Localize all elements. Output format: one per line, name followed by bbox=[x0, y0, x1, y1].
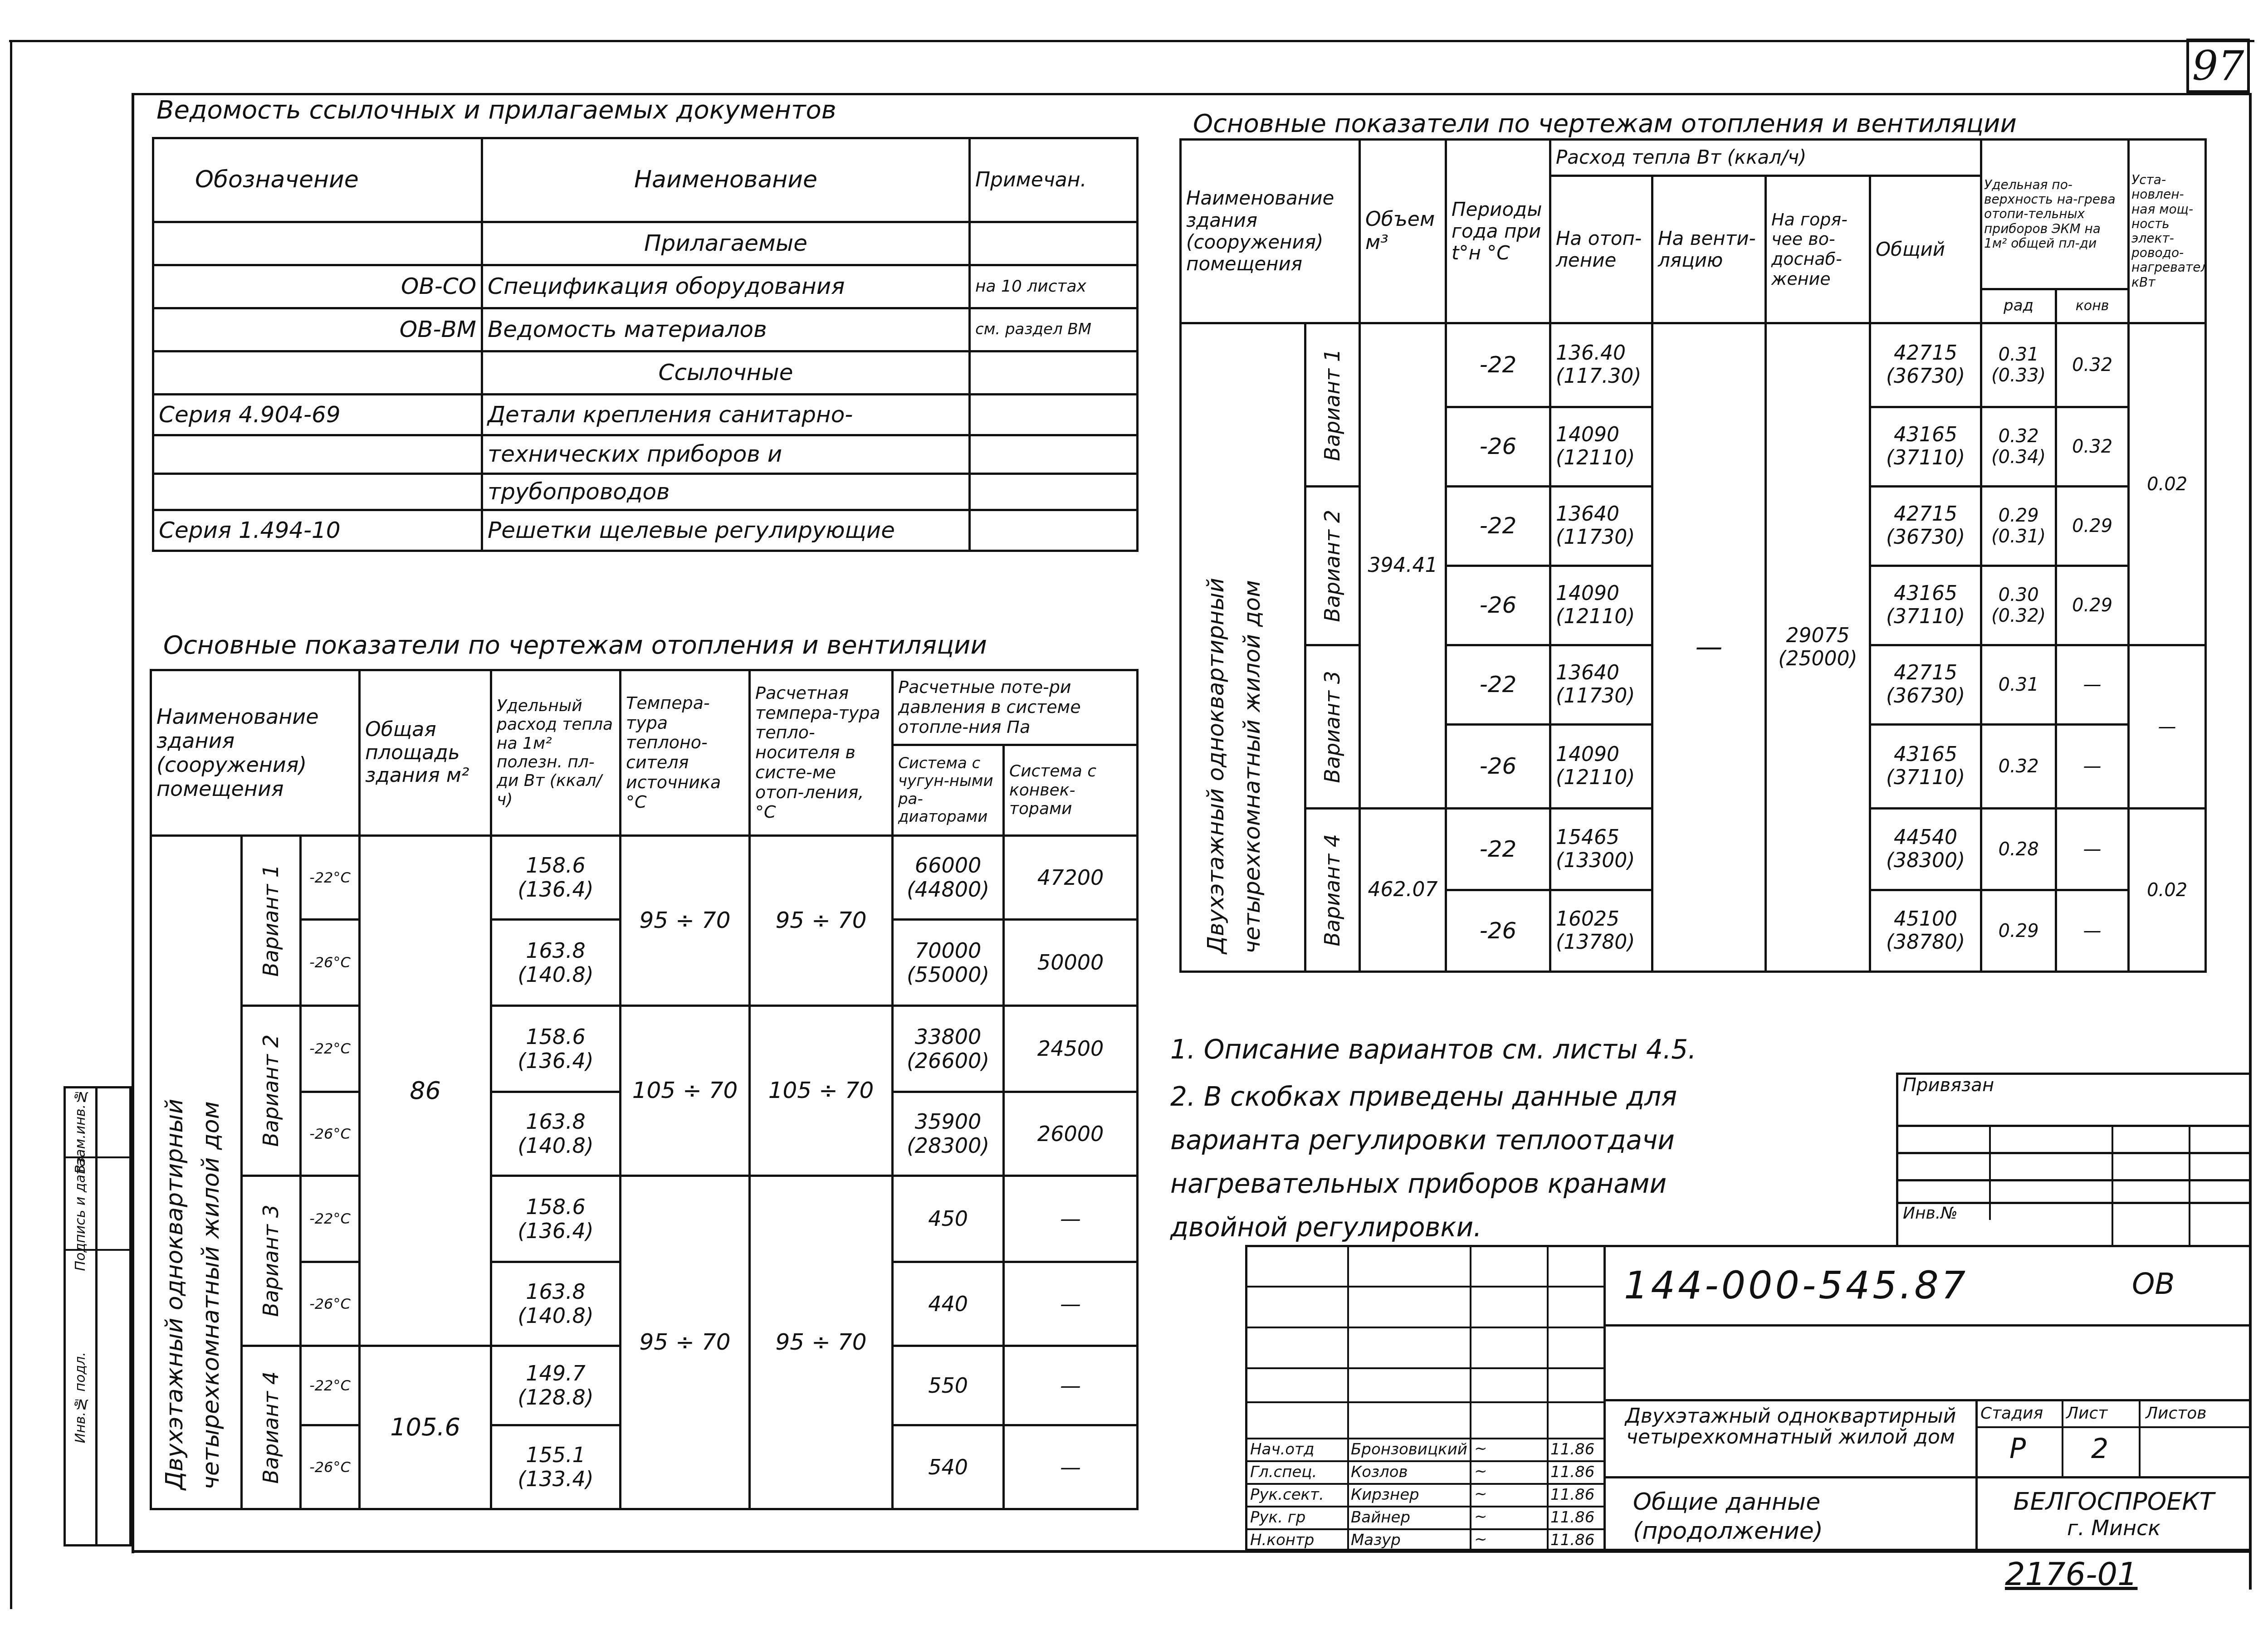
hot-water-value: 29075(25000) bbox=[1766, 323, 1870, 972]
header-conv: конв bbox=[2056, 289, 2129, 323]
side-stamp-cell-inventory: Инв.№ подл. bbox=[66, 1251, 95, 1544]
table-row: Серия 1.494-10 Решетки щелевые регулирую… bbox=[153, 510, 1138, 551]
outdoor-temp: -26°С bbox=[301, 1425, 360, 1509]
sheet-title: Общие данные (продолжение) bbox=[1633, 1488, 1905, 1546]
header-heating: На отоп-ление bbox=[1550, 176, 1652, 323]
source-temp: 105 ÷ 70 bbox=[621, 1006, 750, 1176]
variant-label-cell: Вариант 2 bbox=[1305, 487, 1360, 645]
signature-name: Мазур bbox=[1351, 1531, 1401, 1549]
inventory-label: Инв.№ bbox=[1903, 1204, 1958, 1223]
header-note: Примечан. bbox=[970, 138, 1138, 222]
building-name-cell: Двухэтажный одноквартирный четырехкомнат… bbox=[151, 836, 242, 1509]
table-row: Ссылочные bbox=[153, 351, 1138, 395]
references-table: Обозначение Наименование Примечан. Прила… bbox=[152, 137, 1139, 552]
header-convector: Система с конвек-торами bbox=[1004, 745, 1138, 836]
table-row: ОВ-СО Спецификация оборудования на 10 ли… bbox=[153, 265, 1138, 308]
specific-consumption: 158.6(136.4) bbox=[491, 1006, 621, 1092]
header-ventilation: На венти-ляцию bbox=[1652, 176, 1766, 323]
surface-conv: 0.32 bbox=[2056, 323, 2129, 407]
signature-date: 11.86 bbox=[1550, 1508, 1594, 1527]
surface-rad: 0.32 bbox=[1981, 725, 2056, 809]
header-source-temp: Темпера-тура теплоно-сителя источника °С bbox=[621, 670, 750, 836]
inner-left-border bbox=[132, 93, 134, 1553]
sheet-label: Лист bbox=[2066, 1404, 2107, 1423]
binding-block: Привязан Инв.№ bbox=[1896, 1073, 2250, 1247]
total-consumption: 43165(37110) bbox=[1870, 407, 1981, 487]
building-name-cell: Двухэтажный одноквартирный четырехкомнат… bbox=[1181, 323, 1305, 972]
heating-consumption: 13640(11730) bbox=[1550, 645, 1652, 725]
period-temp: -22 bbox=[1446, 323, 1550, 407]
header-area: Общая площадь здания м² bbox=[360, 670, 491, 836]
header-power: Уста-новлен-ная мощ-ность элект-роводо-н… bbox=[2129, 140, 2206, 323]
sheet-value: 2 bbox=[2091, 1433, 2108, 1465]
period-temp: -26 bbox=[1446, 725, 1550, 809]
side-stamp-cell-replace: Взам.инв.№ bbox=[66, 1088, 95, 1158]
heating-consumption: 14090(12110) bbox=[1550, 407, 1652, 487]
table-row: технических приборов и bbox=[153, 435, 1138, 474]
organization: БЕЛГОСПРОЕКТ bbox=[2013, 1487, 2214, 1516]
table-row: трубопроводов bbox=[153, 474, 1138, 510]
signature-grid: Нач.отдБронзовицкий~11.86Гл.спец.Козлов~… bbox=[1247, 1247, 1606, 1549]
surface-rad: 0.29 bbox=[1981, 890, 2056, 972]
signature-role: Рук.сект. bbox=[1250, 1486, 1324, 1504]
variant-label-cell: Вариант 3 bbox=[1305, 645, 1360, 809]
left-border-line bbox=[10, 40, 12, 1609]
cast-iron-losses: 33800(26600) bbox=[893, 1006, 1004, 1092]
source-temp: 95 ÷ 70 bbox=[621, 1176, 750, 1509]
organization-cell: БЕЛГОСПРОЕКТ г. Минск bbox=[1978, 1478, 2250, 1549]
table-row: Серия 4.904-69 Детали крепления санитарн… bbox=[153, 395, 1138, 435]
heating-consumption: 14090(12110) bbox=[1550, 725, 1652, 809]
ventilation-value: — bbox=[1652, 323, 1766, 972]
surface-conv: 0.29 bbox=[2056, 487, 2129, 566]
header-designation: Обозначение bbox=[153, 138, 482, 222]
total-consumption: 43165(37110) bbox=[1870, 566, 1981, 645]
convector-losses: — bbox=[1004, 1346, 1138, 1425]
convector-losses: 26000 bbox=[1004, 1092, 1138, 1176]
convector-losses: — bbox=[1004, 1262, 1138, 1346]
top-border-line bbox=[9, 40, 2254, 42]
archive-number: 2176-01 bbox=[2005, 1556, 2137, 1593]
header-building-name: Наименование здания (сооружения) помещен… bbox=[1181, 140, 1360, 323]
surface-conv: — bbox=[2056, 725, 2129, 809]
surface-conv: 0.29 bbox=[2056, 566, 2129, 645]
power-value: — bbox=[2129, 645, 2206, 809]
period-temp: -26 bbox=[1446, 566, 1550, 645]
sheet-title-cell: Общие данные (продолжение) bbox=[1606, 1478, 1978, 1549]
variant-label-cell: Вариант 1 bbox=[1305, 323, 1360, 487]
outdoor-temp: -26°С bbox=[301, 920, 360, 1006]
surface-conv: — bbox=[2056, 645, 2129, 725]
header-hot-water: На горя-чее во-доснаб-жение bbox=[1766, 176, 1870, 323]
signature-row: Нач.отдБронзовицкий~11.86 bbox=[1247, 1439, 1606, 1460]
specific-consumption: 155.1(133.4) bbox=[491, 1425, 621, 1509]
period-temp: -22 bbox=[1446, 645, 1550, 725]
cast-iron-losses: 550 bbox=[893, 1346, 1004, 1425]
signature-name: Козлов bbox=[1351, 1463, 1408, 1481]
note-1: 1. Описание вариантов см. листы 4.5. bbox=[1170, 1034, 1696, 1065]
signature-scribble: ~ bbox=[1474, 1485, 1487, 1503]
left-header-row-1: Наименование здания (сооружения) помещен… bbox=[151, 670, 1138, 745]
system-temp: 95 ÷ 70 bbox=[750, 1176, 893, 1509]
heating-consumption: 13640(11730) bbox=[1550, 487, 1652, 566]
signature-row: Гл.спец.Козлов~11.86 bbox=[1247, 1462, 1606, 1483]
specific-consumption: 163.8(140.8) bbox=[491, 920, 621, 1006]
variant-label-cell: Вариант 1 bbox=[242, 836, 301, 1006]
surface-rad: 0.31(0.33) bbox=[1981, 323, 2056, 407]
signature-name: Бронзовицкий bbox=[1351, 1440, 1467, 1458]
header-pressure-losses: Расчетные поте-ри давления в системе ото… bbox=[893, 670, 1138, 745]
specific-consumption: 163.8(140.8) bbox=[491, 1092, 621, 1176]
table-row: Двухэтажный одноквартирный четырехкомнат… bbox=[151, 836, 1138, 920]
heating-consumption: 14090(12110) bbox=[1550, 566, 1652, 645]
header-rad: рад bbox=[1981, 289, 2056, 323]
period-temp: -26 bbox=[1446, 890, 1550, 972]
surface-rad: 0.32(0.34) bbox=[1981, 407, 2056, 487]
title-block: Нач.отдБронзовицкий~11.86Гл.спец.Козлов~… bbox=[1245, 1245, 2250, 1551]
surface-conv: — bbox=[2056, 809, 2129, 890]
header-period: Периоды года при t°н °С bbox=[1446, 140, 1550, 323]
doc-code-cell: 144-000-545.87 ОВ bbox=[1606, 1247, 2250, 1327]
header-specific-consumption: Удельный расход тепла на 1м² полезн. пл-… bbox=[491, 670, 621, 836]
section-attached: Прилагаемые bbox=[482, 222, 970, 265]
surface-conv: — bbox=[2056, 890, 2129, 972]
left-indicators-title: Основные показатели по чертежам отоплени… bbox=[163, 630, 987, 660]
total-consumption: 42715(36730) bbox=[1870, 487, 1981, 566]
signature-role: Рук. гр bbox=[1250, 1508, 1305, 1527]
header-total: Общий bbox=[1870, 176, 1981, 323]
header-name: Наименование bbox=[482, 138, 970, 222]
note-2: 2. В скобках приведены данные для вариан… bbox=[1170, 1075, 1787, 1249]
power-value: 0.02 bbox=[2129, 323, 2206, 645]
signature-role: Гл.спец. bbox=[1250, 1463, 1317, 1481]
side-stamp: Взам.инв.№ Подпись и дата Инв.№ подл. bbox=[64, 1086, 98, 1546]
total-consumption: 43165(37110) bbox=[1870, 725, 1981, 809]
convector-losses: 24500 bbox=[1004, 1006, 1138, 1092]
total-consumption: 44540(38300) bbox=[1870, 809, 1981, 890]
cast-iron-losses: 540 bbox=[893, 1425, 1004, 1509]
outdoor-temp: -26°С bbox=[301, 1262, 360, 1346]
outdoor-temp: -22°С bbox=[301, 1346, 360, 1425]
system-temp: 95 ÷ 70 bbox=[750, 836, 893, 1006]
signature-name: Кирзнер bbox=[1351, 1486, 1419, 1504]
header-volume: Объем м³ bbox=[1360, 140, 1446, 323]
right-header-row-1: Наименование здания (сооружения) помещен… bbox=[1181, 140, 2206, 176]
convector-losses: 50000 bbox=[1004, 920, 1138, 1006]
left-indicators-table: Наименование здания (сооружения) помещен… bbox=[150, 669, 1139, 1510]
signature-name: Вайнер bbox=[1351, 1508, 1410, 1527]
surface-rad: 0.29(0.31) bbox=[1981, 487, 2056, 566]
signature-row: Н.контрМазур~11.86 bbox=[1247, 1530, 1606, 1551]
signature-scribble: ~ bbox=[1474, 1439, 1487, 1458]
doc-mark: ОВ bbox=[2132, 1268, 2175, 1301]
header-cast-iron: Система с чугун-ными ра-диаторами bbox=[893, 745, 1004, 836]
signature-scribble: ~ bbox=[1474, 1462, 1487, 1480]
outdoor-temp: -22°С bbox=[301, 836, 360, 920]
page-number-box: 97 bbox=[2186, 39, 2250, 93]
period-temp: -22 bbox=[1446, 487, 1550, 566]
heating-consumption: 16025(13780) bbox=[1550, 890, 1652, 972]
city: г. Минск bbox=[2067, 1516, 2160, 1540]
table-row: Вариант 2-22°С158.6(136.4)105 ÷ 70105 ÷ … bbox=[151, 1006, 1138, 1092]
cast-iron-losses: 35900(28300) bbox=[893, 1092, 1004, 1176]
outdoor-temp: -22°С bbox=[301, 1176, 360, 1262]
sheets-label: Листов bbox=[2146, 1404, 2206, 1423]
period-temp: -22 bbox=[1446, 809, 1550, 890]
system-temp: 105 ÷ 70 bbox=[750, 1006, 893, 1176]
stage-grid: Стадия Лист Листов Р 2 bbox=[1978, 1401, 2250, 1478]
variant-label-cell: Вариант 4 bbox=[242, 1346, 301, 1509]
source-temp: 95 ÷ 70 bbox=[621, 836, 750, 1006]
header-building-name: Наименование здания (сооружения) помещен… bbox=[151, 670, 360, 836]
convector-losses: — bbox=[1004, 1425, 1138, 1509]
cast-iron-losses: 440 bbox=[893, 1262, 1004, 1346]
variant-label-cell: Вариант 4 bbox=[1305, 809, 1360, 972]
object-name-cell: Двухэтажный одноквартирный четырехкомнат… bbox=[1606, 1401, 1978, 1478]
signature-row: Рук.сект.Кирзнер~11.86 bbox=[1247, 1485, 1606, 1506]
header-system-temp: Расчетная темпера-тура тепло-носителя в … bbox=[750, 670, 893, 836]
object-name: Двухэтажный одноквартирный четырехкомнат… bbox=[1610, 1406, 1971, 1448]
header-surface: Удельная по-верхность на-грева отопи-тел… bbox=[1981, 140, 2129, 289]
side-stamp-cell-signature: Подпись и дата bbox=[66, 1158, 95, 1251]
table-row: Двухэтажный одноквартирный четырехкомнат… bbox=[1181, 323, 2206, 407]
cast-iron-losses: 450 bbox=[893, 1176, 1004, 1262]
signature-scribble: ~ bbox=[1474, 1530, 1487, 1548]
table-row: Вариант 3-22°С158.6(136.4)95 ÷ 7095 ÷ 70… bbox=[151, 1176, 1138, 1262]
heating-consumption: 15465(13300) bbox=[1550, 809, 1652, 890]
convector-losses: — bbox=[1004, 1176, 1138, 1262]
side-stamp-blank-column bbox=[98, 1086, 132, 1546]
surface-rad: 0.30(0.32) bbox=[1981, 566, 2056, 645]
references-header-row: Обозначение Наименование Примечан. bbox=[153, 138, 1138, 222]
specific-consumption: 158.6(136.4) bbox=[491, 1176, 621, 1262]
area-value: 86 bbox=[360, 836, 491, 1346]
stage-label: Стадия bbox=[1980, 1404, 2043, 1423]
period-temp: -26 bbox=[1446, 407, 1550, 487]
cast-iron-losses: 66000(44800) bbox=[893, 836, 1004, 920]
binding-label: Привязан bbox=[1903, 1075, 1994, 1096]
power-value: 0.02 bbox=[2129, 809, 2206, 972]
signature-row: Рук. грВайнер~11.86 bbox=[1247, 1507, 1606, 1528]
specific-consumption: 149.7(128.8) bbox=[491, 1346, 621, 1425]
convector-losses: 47200 bbox=[1004, 836, 1138, 920]
signature-date: 11.86 bbox=[1550, 1440, 1594, 1458]
section-referenced: Ссылочные bbox=[482, 351, 970, 395]
stage-value: Р bbox=[2009, 1433, 2026, 1465]
blank-title-cell bbox=[1606, 1327, 2250, 1401]
table-row: Прилагаемые bbox=[153, 222, 1138, 265]
references-title: Ведомость ссылочных и прилагаемых докуме… bbox=[156, 95, 836, 125]
surface-rad: 0.31 bbox=[1981, 645, 2056, 725]
total-consumption: 45100(38780) bbox=[1870, 890, 1981, 972]
signature-date: 11.86 bbox=[1550, 1463, 1594, 1481]
variant-label-cell: Вариант 3 bbox=[242, 1176, 301, 1346]
signature-scribble: ~ bbox=[1474, 1507, 1487, 1526]
volume-value: 394.41 bbox=[1360, 323, 1446, 809]
signature-date: 11.86 bbox=[1550, 1486, 1594, 1504]
specific-consumption: 163.8(140.8) bbox=[491, 1262, 621, 1346]
signature-date: 11.86 bbox=[1550, 1531, 1594, 1549]
variant-label-cell: Вариант 2 bbox=[242, 1006, 301, 1176]
signature-role: Н.контр bbox=[1250, 1531, 1314, 1549]
volume-value: 462.07 bbox=[1360, 809, 1446, 972]
signature-role: Нач.отд bbox=[1250, 1440, 1314, 1458]
table-row: ОВ-ВМ Ведомость материалов см. раздел ВМ bbox=[153, 308, 1138, 351]
right-indicators-table: Наименование здания (сооружения) помещен… bbox=[1179, 138, 2207, 973]
page-number: 97 bbox=[2192, 42, 2244, 90]
outdoor-temp: -26°С bbox=[301, 1092, 360, 1176]
area-value: 105.6 bbox=[360, 1346, 491, 1509]
header-heat-consumption: Расход тепла Вт (ккал/ч) bbox=[1550, 140, 1981, 176]
surface-conv: 0.32 bbox=[2056, 407, 2129, 487]
specific-consumption: 158.6(136.4) bbox=[491, 836, 621, 920]
surface-rad: 0.28 bbox=[1981, 809, 2056, 890]
total-consumption: 42715(36730) bbox=[1870, 323, 1981, 407]
doc-code: 144-000-545.87 bbox=[1624, 1263, 1968, 1307]
heating-consumption: 136.40(117.30) bbox=[1550, 323, 1652, 407]
cast-iron-losses: 70000(55000) bbox=[893, 920, 1004, 1006]
outdoor-temp: -22°С bbox=[301, 1006, 360, 1092]
right-indicators-title: Основные показатели по чертежам отоплени… bbox=[1193, 109, 2017, 138]
total-consumption: 42715(36730) bbox=[1870, 645, 1981, 725]
